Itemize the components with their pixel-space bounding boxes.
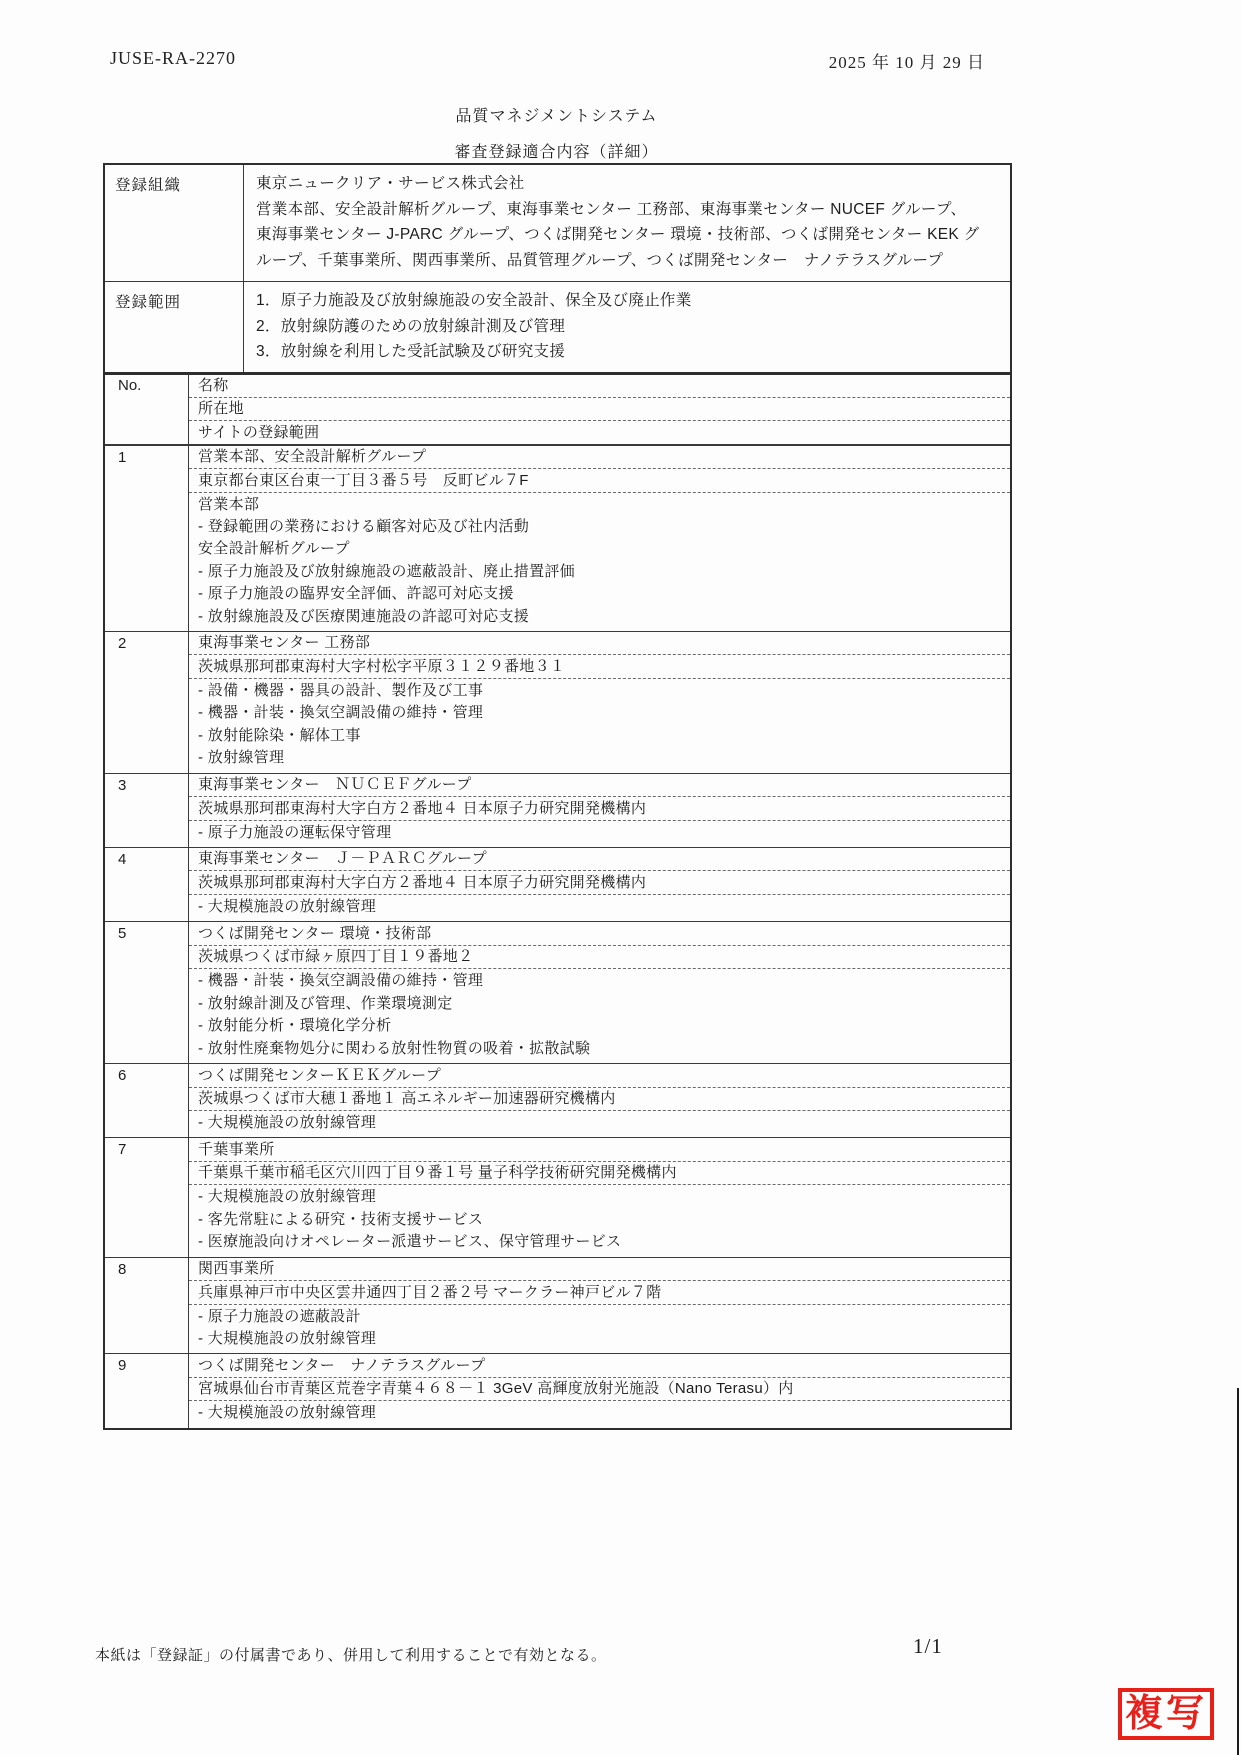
site-address: 宮城県仙台市青葉区荒巻字青葉４６８－１ 3GeV 高輝度放射光施設（Nano T…	[189, 1378, 1010, 1402]
site-scope: - 機器・計装・換気空調設備の維持・管理 - 放射線計測及び管理、作業環境測定 …	[189, 969, 1010, 1063]
site-address: 茨城県つくば市緑ヶ原四丁目１９番地２	[189, 946, 1010, 970]
site-no: 3	[105, 774, 189, 847]
page-number: 1/1	[913, 1634, 943, 1659]
site-name: 東海事業センター 工務部	[189, 632, 1010, 656]
sites-header-row: No. 名称 所在地 サイトの登録範囲	[105, 374, 1010, 445]
site-row-8: 8 関西事業所 兵庫県神戸市中央区雲井通四丁目２番２号 マークラー神戸ビル７階 …	[105, 1257, 1010, 1354]
site-address: 茨城県那珂郡東海村大字白方２番地４ 日本原子力研究開発機構内	[189, 871, 1010, 895]
site-address: 茨城県那珂郡東海村大字白方２番地４ 日本原子力研究開発機構内	[189, 797, 1010, 821]
sites-header-scope: サイトの登録範囲	[189, 421, 1010, 444]
registration-org-label: 登録組織	[105, 165, 244, 281]
site-scope: 営業本部 - 登録範囲の業務における顧客対応及び社内活動 安全設計解析グループ …	[189, 493, 1010, 631]
site-scope: - 大規模施設の放射線管理 - 客先常駐による研究・技術支援サービス - 医療施…	[189, 1185, 1010, 1256]
title-subtitle: 審査登録適合内容（詳細）	[103, 139, 1010, 162]
site-name: 東海事業センター Ｊ－ＰＡＲＣグループ	[189, 848, 1010, 872]
scan-edge-artifact	[1237, 1388, 1239, 1755]
site-name: つくば開発センター 環境・技術部	[189, 922, 1010, 946]
site-scope: - 大規模施設の放射線管理	[189, 895, 1010, 921]
registration-scope-row: 登録範囲 1．原子力施設及び放射線施設の安全設計、保全及び廃止作業 2．放射線防…	[105, 281, 1010, 373]
site-scope: - 設備・機器・器具の設計、製作及び工事 - 機器・計装・換気空調設備の維持・管…	[189, 679, 1010, 773]
site-no: 8	[105, 1258, 189, 1354]
site-row-5: 5 つくば開発センター 環境・技術部 茨城県つくば市緑ヶ原四丁目１９番地２ - …	[105, 921, 1010, 1063]
sites-header-name: 名称	[189, 374, 1010, 398]
site-scope: - 大規模施設の放射線管理	[189, 1401, 1010, 1427]
site-no: 9	[105, 1354, 189, 1427]
registration-org-row: 登録組織 東京ニュークリア・サービス株式会社 営業本部、安全設計解析グループ、東…	[105, 165, 1010, 281]
site-row-9: 9 つくば開発センター ナノテラスグループ 宮城県仙台市青葉区荒巻字青葉４６８－…	[105, 1353, 1010, 1427]
site-address: 兵庫県神戸市中央区雲井通四丁目２番２号 マークラー神戸ビル７階	[189, 1281, 1010, 1305]
site-name: 東海事業センター ＮＵＣＥＦグループ	[189, 774, 1010, 798]
site-no: 4	[105, 848, 189, 921]
site-address: 茨城県那珂郡東海村大字村松字平原３１２９番地３１	[189, 655, 1010, 679]
site-address: 東京都台東区台東一丁目３番５号 反町ビル７F	[189, 469, 1010, 493]
site-name: 営業本部、安全設計解析グループ	[189, 446, 1010, 470]
site-scope: - 原子力施設の遮蔽設計 - 大規模施設の放射線管理	[189, 1305, 1010, 1354]
sites-header-address: 所在地	[189, 398, 1010, 422]
document-date: 2025 年 10 月 29 日	[829, 48, 985, 73]
site-row-1: 1 営業本部、安全設計解析グループ 東京都台東区台東一丁目３番５号 反町ビル７F…	[105, 445, 1010, 631]
site-row-6: 6 つくば開発センターＫＥＫグループ 茨城県つくば市大穂１番地１ 高エネルギー加…	[105, 1063, 1010, 1137]
document-page: JUSE-RA-2270 2025 年 10 月 29 日 品質マネジメントシス…	[0, 0, 1241, 1755]
sites-table: No. 名称 所在地 サイトの登録範囲 1 営業本部、安全設計解析グループ 東京…	[103, 372, 1012, 1430]
title-system: 品質マネジメントシステム	[103, 103, 1010, 126]
site-address: 茨城県つくば市大穂１番地１ 高エネルギー加速器研究機構内	[189, 1088, 1010, 1112]
site-name: 関西事業所	[189, 1258, 1010, 1282]
title-block: 品質マネジメントシステム 審査登録適合内容（詳細）	[103, 103, 1010, 162]
site-name: 千葉事業所	[189, 1138, 1010, 1162]
site-no: 7	[105, 1138, 189, 1256]
site-row-3: 3 東海事業センター ＮＵＣＥＦグループ 茨城県那珂郡東海村大字白方２番地４ 日…	[105, 773, 1010, 847]
site-row-7: 7 千葉事業所 千葉県千葉市稲毛区穴川四丁目９番１号 量子科学技術研究開発機構内…	[105, 1137, 1010, 1256]
site-address: 千葉県千葉市稲毛区穴川四丁目９番１号 量子科学技術研究開発機構内	[189, 1162, 1010, 1186]
site-scope: - 原子力施設の運転保守管理	[189, 821, 1010, 847]
site-name: つくば開発センターＫＥＫグループ	[189, 1064, 1010, 1088]
site-scope: - 大規模施設の放射線管理	[189, 1111, 1010, 1137]
site-row-4: 4 東海事業センター Ｊ－ＰＡＲＣグループ 茨城県那珂郡東海村大字白方２番地４ …	[105, 847, 1010, 921]
registration-table: 登録組織 東京ニュークリア・サービス株式会社 営業本部、安全設計解析グループ、東…	[103, 163, 1012, 375]
site-row-2: 2 東海事業センター 工務部 茨城県那珂郡東海村大字村松字平原３１２９番地３１ …	[105, 631, 1010, 773]
registration-scope-content: 1．原子力施設及び放射線施設の安全設計、保全及び廃止作業 2．放射線防護のための…	[244, 282, 1010, 373]
site-no: 6	[105, 1064, 189, 1137]
site-name: つくば開発センター ナノテラスグループ	[189, 1354, 1010, 1378]
site-no: 5	[105, 922, 189, 1063]
document-number: JUSE-RA-2270	[110, 48, 236, 69]
registration-scope-label: 登録範囲	[105, 282, 244, 373]
sites-header-no: No.	[105, 374, 189, 444]
copy-stamp: 複写	[1118, 1688, 1214, 1740]
site-no: 2	[105, 632, 189, 773]
site-no: 1	[105, 446, 189, 631]
registration-org-content: 東京ニュークリア・サービス株式会社 営業本部、安全設計解析グループ、東海事業セン…	[244, 165, 1010, 281]
footer-note: 本紙は「登録証」の付属書であり、併用して利用することで有効となる。	[95, 1644, 607, 1665]
